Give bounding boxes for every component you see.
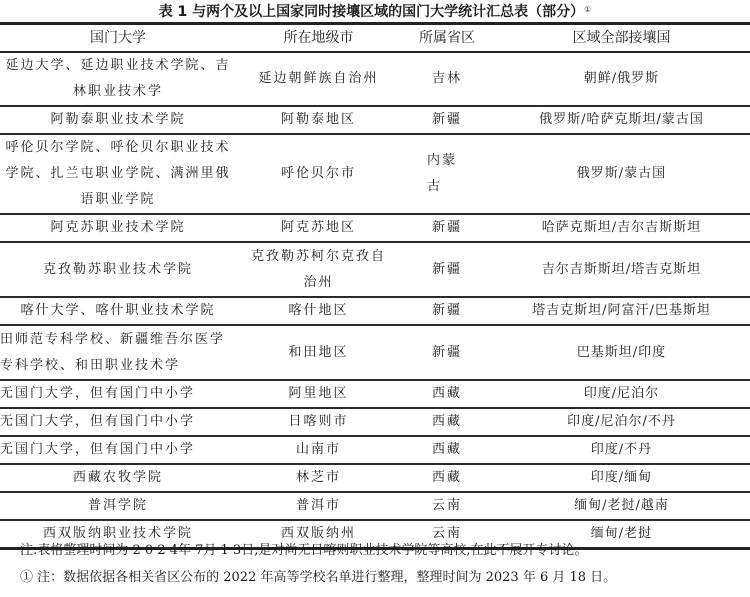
cell-countries: 俄罗斯/蒙古国 — [493, 134, 750, 214]
cell-province: 新疆 — [401, 325, 493, 380]
cell-city: 山南市 — [236, 436, 401, 464]
cell-countries: 印度/尼泊尔 — [493, 380, 750, 408]
table-row: 阿克苏职业技术学院 阿克苏地区 新疆 哈萨克斯坦/吉尔吉斯斯坦 — [0, 214, 750, 242]
cell-province: 新疆 — [401, 106, 493, 134]
cell-countries: 印度/缅甸 — [493, 464, 750, 492]
cell-university: 阿克苏职业技术学院 — [0, 214, 236, 242]
cell-city: 和田地区 — [236, 325, 401, 380]
column-header-city: 所在地级市 — [236, 24, 401, 53]
cell-university: 西藏农牧学院 — [0, 464, 236, 492]
table-row: 克孜勒苏职业技术学院 克孜勒苏柯尔克孜自治州 新疆 吉尔吉斯斯坦/塔吉克斯坦 — [0, 242, 750, 297]
cell-countries: 印度/尼泊尔/不丹 — [493, 408, 750, 436]
cell-city: 日喀则市 — [236, 408, 401, 436]
caption-title: 表 1 与两个及以上国家同时接壤区域的国门大学统计汇总表（部分） — [159, 4, 585, 20]
cell-university: 延边大学、延边职业技术学院、吉林职业技术学 — [0, 52, 236, 106]
cell-university: 阿勒泰职业技术学院 — [0, 106, 236, 134]
column-header-countries: 区域全部接壤国 — [493, 24, 750, 53]
cell-countries: 巴基斯坦/印度 — [493, 325, 750, 380]
cell-university: 喀什大学、喀什职业技术学院 — [0, 297, 236, 325]
cell-countries: 俄罗斯/哈萨克斯坦/蒙古国 — [493, 106, 750, 134]
table-row: 延边大学、延边职业技术学院、吉林职业技术学 延边朝鲜族自治州 吉林 朝鲜/俄罗斯 — [0, 52, 750, 106]
cell-city: 林芝市 — [236, 464, 401, 492]
cell-university: 克孜勒苏职业技术学院 — [0, 242, 236, 297]
cell-city: 呼伦贝尔市 — [236, 134, 401, 214]
column-header-province: 所属省区 — [401, 24, 493, 53]
table-notes: 注:表格整理时间为 2 0 2 4年 7月 1 3日,是对尚无日喀则职业技术学院… — [0, 537, 750, 591]
cell-province: 新疆 — [401, 242, 493, 297]
column-header-university: 国门大学 — [0, 24, 236, 53]
cell-city: 阿克苏地区 — [236, 214, 401, 242]
table-row: 西藏农牧学院 林芝市 西藏 印度/缅甸 — [0, 464, 750, 492]
cell-university: 普洱学院 — [0, 492, 236, 520]
table-header-row: 国门大学 所在地级市 所属省区 区域全部接壤国 — [0, 24, 750, 53]
cell-province: 新疆 — [401, 297, 493, 325]
cell-city: 普洱市 — [236, 492, 401, 520]
table-row: 普洱学院 普洱市 云南 缅甸/老挝/越南 — [0, 492, 750, 520]
cell-university: 呼伦贝尔学院、呼伦贝尔职业技术学院、扎兰屯职业学院、满洲里俄语职业学院 — [0, 134, 236, 214]
cell-province: 西藏 — [401, 408, 493, 436]
cell-countries: 朝鲜/俄罗斯 — [493, 52, 750, 106]
table-row: 田师范专科学校、新疆维吾尔医学专科学校、和田职业技术学 和田地区 新疆 巴基斯坦… — [0, 325, 750, 380]
table-row: 呼伦贝尔学院、呼伦贝尔职业技术学院、扎兰屯职业学院、满洲里俄语职业学院 呼伦贝尔… — [0, 134, 750, 214]
cell-countries: 吉尔吉斯斯坦/塔吉克斯坦 — [493, 242, 750, 297]
cell-province: 西藏 — [401, 464, 493, 492]
cell-province: 新疆 — [401, 214, 493, 242]
table-caption: 表 1 与两个及以上国家同时接壤区域的国门大学统计汇总表（部分）① — [0, 2, 750, 22]
table-row: 喀什大学、喀什职业技术学院 喀什地区 新疆 塔吉克斯坦/阿富汗/巴基斯坦 — [0, 297, 750, 325]
cell-university: 无国门大学，但有国门中小学 — [0, 380, 236, 408]
cell-countries: 哈萨克斯坦/吉尔吉斯斯坦 — [493, 214, 750, 242]
cell-university: 无国门大学，但有国门中小学 — [0, 408, 236, 436]
cell-countries: 印度/不丹 — [493, 436, 750, 464]
cell-university: 田师范专科学校、新疆维吾尔医学专科学校、和田职业技术学 — [0, 325, 236, 380]
cell-city: 阿里地区 — [236, 380, 401, 408]
cell-province: 西藏 — [401, 436, 493, 464]
cell-province: 内蒙古 — [401, 134, 493, 214]
border-universities-table: 国门大学 所在地级市 所属省区 区域全部接壤国 延边大学、延边职业技术学院、吉林… — [0, 22, 750, 550]
table-row: 阿勒泰职业技术学院 阿勒泰地区 新疆 俄罗斯/哈萨克斯坦/蒙古国 — [0, 106, 750, 134]
note-data-source: ① 注：数据依据各相关省区公布的 2022 年高等学校名单进行整理，整理时间为 … — [0, 564, 750, 591]
cell-province: 吉林 — [401, 52, 493, 106]
cell-countries: 塔吉克斯坦/阿富汗/巴基斯坦 — [493, 297, 750, 325]
cell-countries: 缅甸/老挝/越南 — [493, 492, 750, 520]
cell-province: 云南 — [401, 492, 493, 520]
cell-city: 喀什地区 — [236, 297, 401, 325]
table-row: 无国门大学，但有国门中小学 阿里地区 西藏 印度/尼泊尔 — [0, 380, 750, 408]
cell-province: 西藏 — [401, 380, 493, 408]
footnote-marker: ① — [584, 5, 591, 14]
table-row: 无国门大学，但有国门中小学 山南市 西藏 印度/不丹 — [0, 436, 750, 464]
note-compilation-date: 注:表格整理时间为 2 0 2 4年 7月 1 3日,是对尚无日喀则职业技术学院… — [0, 537, 750, 564]
cell-city: 延边朝鲜族自治州 — [236, 52, 401, 106]
table-row: 无国门大学，但有国门中小学 日喀则市 西藏 印度/尼泊尔/不丹 — [0, 408, 750, 436]
cell-city: 克孜勒苏柯尔克孜自治州 — [236, 242, 401, 297]
cell-city: 阿勒泰地区 — [236, 106, 401, 134]
cell-university: 无国门大学，但有国门中小学 — [0, 436, 236, 464]
